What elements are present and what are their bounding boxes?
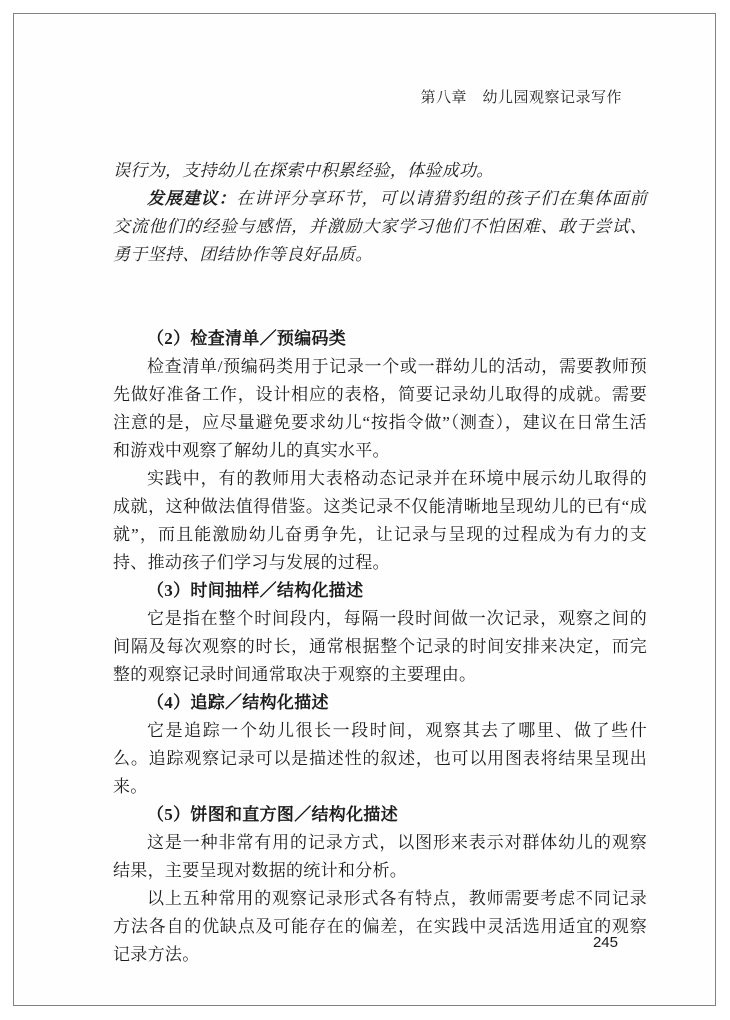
- paragraph: 这是一种非常有用的记录方式，以图形来表示对群体幼儿的观察结果，主要呈现对数据的统…: [113, 829, 647, 885]
- section-heading-tracking: （4）追踪／结构化描述: [113, 689, 647, 717]
- paragraph: 它是指在整个时间段内，每隔一段时间做一次记录，观察之间的间隔及每次观察的时长，通…: [113, 605, 647, 689]
- section-heading-checklist: （2）检查清单／预编码类: [113, 325, 647, 353]
- page-number: 245: [0, 934, 618, 951]
- paragraph: 以上五种常用的观察记录形式各有特点，教师需要考虑不同记录方法各自的优缺点及可能存…: [113, 885, 647, 969]
- paragraph: 它是追踪一个幼儿很长一段时间，观察其去了哪里、做了些什么。追踪观察记录可以是描述…: [113, 717, 647, 801]
- running-header: 第八章 幼儿园观察记录写作: [0, 86, 622, 107]
- paragraph-suggestion: 发展建议：在讲评分享环节，可以请猎豹组的孩子们在集体面前交流他们的经验与感悟，并…: [113, 185, 647, 269]
- paragraph: 检查清单/预编码类用于记录一个或一群幼儿的活动，需要教师预先做好准备工作，设计相…: [113, 353, 647, 465]
- section-heading-pie-histogram: （5）饼图和直方图／结构化描述: [113, 801, 647, 829]
- section-heading-time-sampling: （3）时间抽样／结构化描述: [113, 577, 647, 605]
- paragraph: 实践中，有的教师用大表格动态记录并在环境中展示幼儿取得的成就，这种做法值得借鉴。…: [113, 465, 647, 577]
- paragraph-continuation: 误行为，支持幼儿在探索中积累经验，体验成功。: [113, 157, 647, 185]
- suggestion-label: 发展建议：: [147, 189, 236, 208]
- page-body: 误行为，支持幼儿在探索中积累经验，体验成功。 发展建议：在讲评分享环节，可以请猎…: [113, 157, 647, 969]
